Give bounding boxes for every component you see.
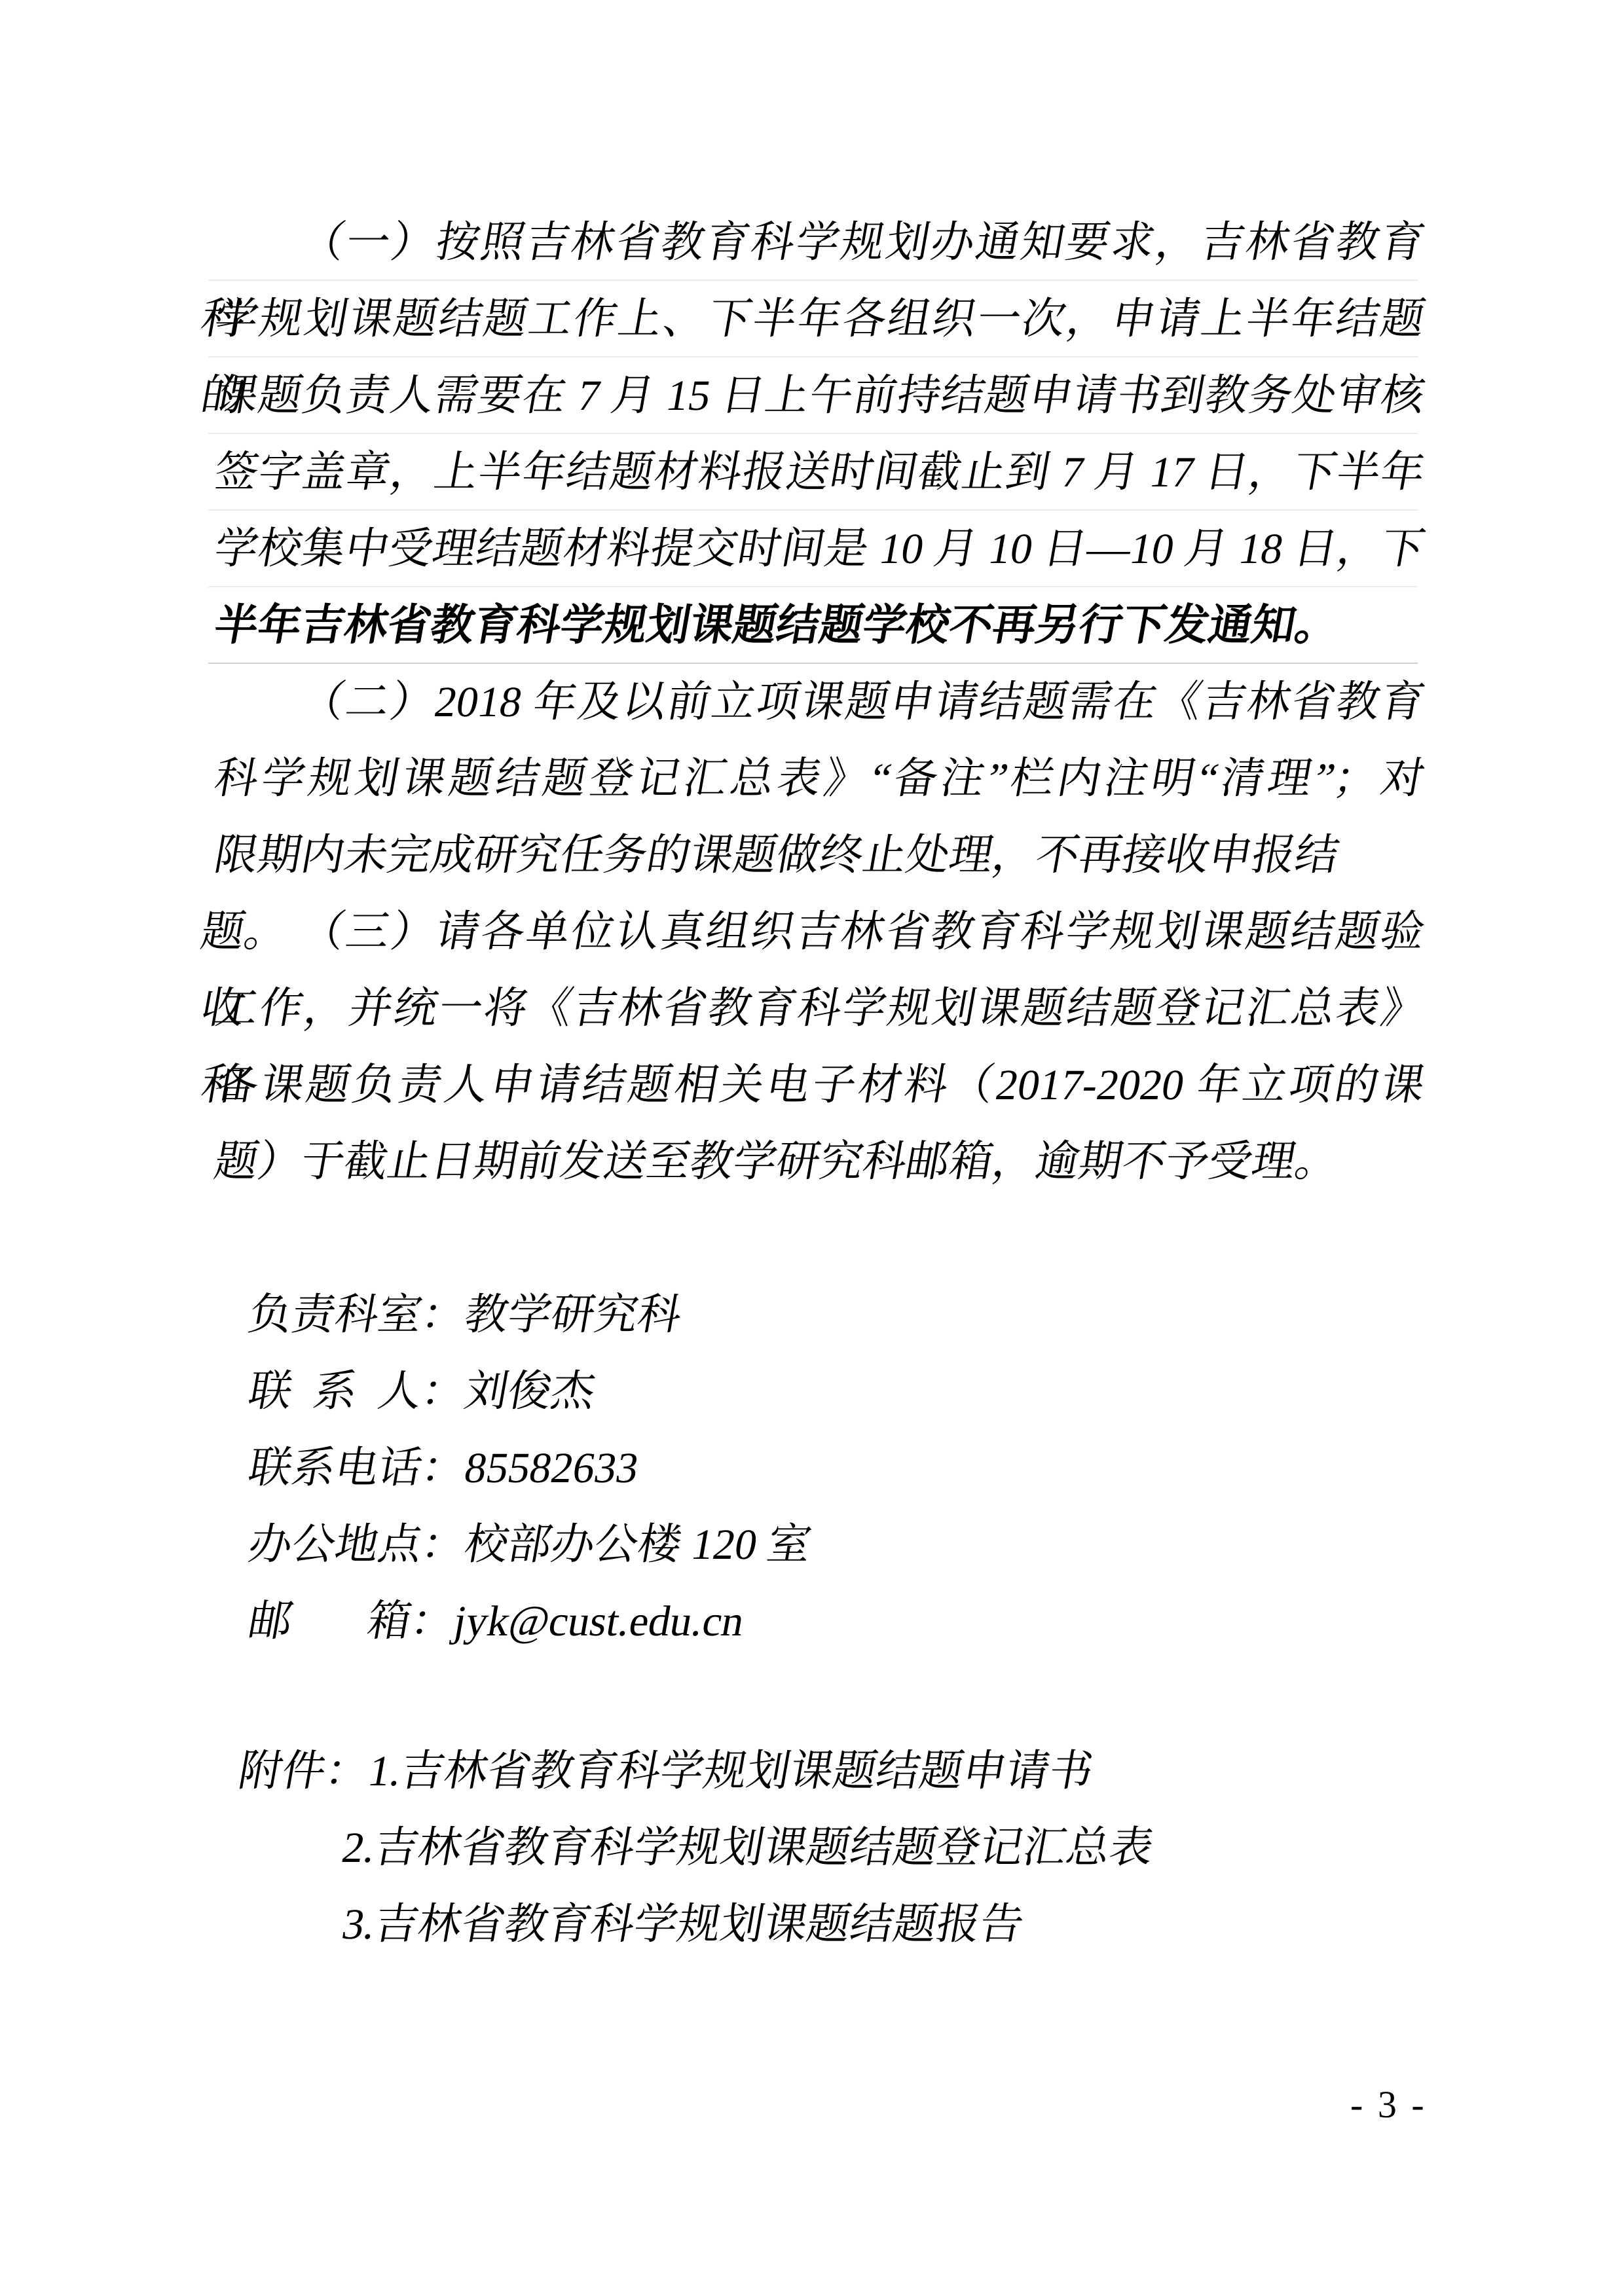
body-line-emphasized: 半年吉林省教育科学规划课题结题学校不再另行下发通知。 [208, 587, 1431, 664]
body-line: 学规划课题结题工作上、下半年各组织一次，申请上半年结题的 [208, 281, 1431, 357]
body-line: 科学规划课题结题登记汇总表》“备注”栏内注明“清理”；对 [208, 740, 1431, 817]
attachment-item: 1.吉林省教育科学规划课题结题申请书 [365, 1747, 1097, 1795]
body-line: 学校集中受理结题材料提交时间是 10 月 10 日—10 月 18 日，下 [208, 511, 1431, 587]
notice-body: （一）按照吉林省教育科学规划办通知要求，吉林省教育科 学规划课题结题工作上、下半… [208, 204, 1418, 1200]
contact-address: 办公地点：校部办公楼 120 室 [242, 1506, 1304, 1583]
contact-person: 联 系 人：刘俊杰 [242, 1353, 1304, 1430]
attachments-label: 附件： [235, 1747, 373, 1795]
body-line: 限期内未完成研究任务的课题做终止处理，不再接收申报结题。 [208, 817, 1431, 894]
contact-phone: 联系电话：85582633 [242, 1430, 1304, 1506]
contact-department: 负责科室：教学研究科 [242, 1277, 1304, 1353]
body-line: 工作，并统一将《吉林省教育科学规划课题结题登记汇总表》和 [208, 970, 1431, 1047]
body-line: （一）按照吉林省教育科学规划办通知要求，吉林省教育科 [208, 204, 1431, 281]
body-line: 签字盖章，上半年结题材料报送时间截止到 7 月 17 日，下半年 [208, 434, 1431, 511]
attachment-item: 2.吉林省教育科学规划课题结题登记汇总表 [336, 1810, 1431, 1886]
contact-info: 负责科室：教学研究科 联 系 人：刘俊杰 联系电话：85582633 办公地点：… [242, 1277, 1290, 1660]
page-number: - 3 - [1350, 2082, 1427, 2128]
contact-email: 邮 箱：jyk@cust.edu.cn [242, 1583, 1304, 1660]
attachments-list: 附件：1.吉林省教育科学规划课题结题申请书 2.吉林省教育科学规划课题结题登记汇… [208, 1733, 1418, 1963]
body-line: 各课题负责人申请结题相关电子材料（2017-2020 年立项的课 [208, 1047, 1431, 1123]
body-line: 课题负责人需要在 7 月 15 日上午前持结题申请书到教务处审核 [208, 357, 1431, 434]
document-page: （一）按照吉林省教育科学规划办通知要求，吉林省教育科 学规划课题结题工作上、下半… [0, 0, 1624, 2296]
attachment-line: 附件：1.吉林省教育科学规划课题结题申请书 [232, 1733, 1431, 1810]
body-line: （二）2018 年及以前立项课题申请结题需在《吉林省教育 [208, 664, 1431, 740]
attachment-item: 3.吉林省教育科学规划课题结题报告 [336, 1886, 1431, 1963]
body-line: （三）请各单位认真组织吉林省教育科学规划课题结题验收 [208, 894, 1431, 970]
body-line: 题）于截止日期前发送至教学研究科邮箱，逾期不予受理。 [208, 1123, 1431, 1200]
